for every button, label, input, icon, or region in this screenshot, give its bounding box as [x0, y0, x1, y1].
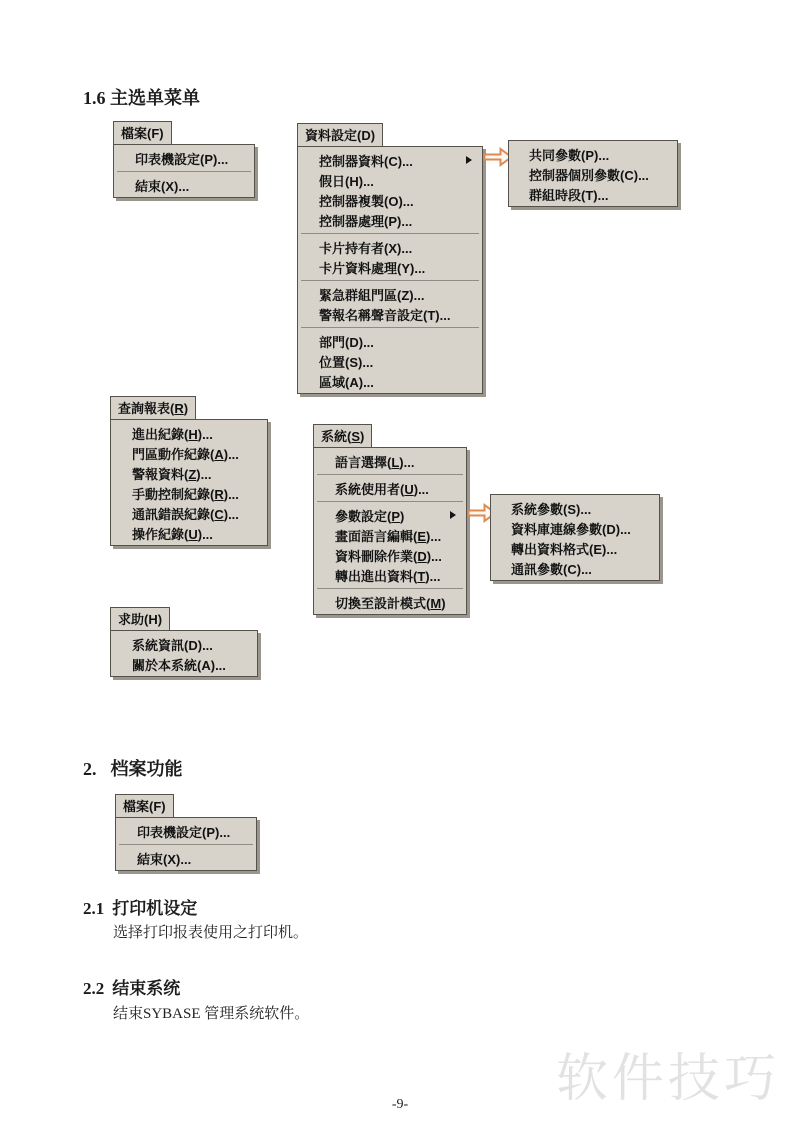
menu-item-label: 部門(D)... — [319, 332, 374, 351]
menu-item-label: 群組時段(T)... — [529, 185, 608, 204]
menu-separator — [317, 474, 463, 475]
menu-separator — [317, 501, 463, 502]
menu-popup: 印表機設定(P)...結束(X)... — [113, 144, 255, 198]
menu-item-label: 手動控制紀錄(R)... — [132, 484, 239, 503]
query-reports-menu: 查詢報表(R)進出紀錄(H)...門區動作紀錄(A)...警報資料(Z)...手… — [110, 396, 268, 546]
menu-item-label: 印表機設定(P)... — [137, 822, 230, 841]
menu-item-label: 區域(A)... — [319, 372, 374, 391]
menu-item[interactable]: 部門(D)... — [298, 331, 482, 351]
menu-item-label: 切換至設計模式(M) — [335, 593, 446, 612]
menu-item[interactable]: 控制器資料(C)... — [298, 150, 482, 170]
menu-item[interactable]: 手動控制紀錄(R)... — [111, 483, 267, 503]
controller-data-submenu: 共同參數(P)...控制器個別參數(C)...群組時段(T)... — [508, 140, 678, 207]
menu-item-label: 查詢報表(R) — [118, 401, 188, 416]
menu-item[interactable]: 警報資料(Z)... — [111, 463, 267, 483]
menu-item[interactable]: 印表機設定(P)... — [114, 148, 254, 168]
section-title: 打印机设定 — [112, 899, 197, 918]
menu-item-label: 位置(S)... — [319, 352, 373, 371]
menu-item[interactable]: 結束(X)... — [114, 175, 254, 195]
menu-item[interactable]: 進出紀錄(H)... — [111, 423, 267, 443]
menu-item-label: 操作紀錄(U)... — [132, 524, 213, 543]
menu-item[interactable]: 系統使用者(U)... — [314, 478, 466, 498]
section-number: 2.2 — [83, 979, 104, 998]
submenu-arrow-icon — [466, 156, 472, 164]
menu-item-label: 關於本系統(A)... — [132, 655, 226, 674]
menu-item-label: 資料刪除作業(D)... — [335, 546, 442, 565]
section-number: 2.1 — [83, 899, 104, 918]
menu-item-label: 檔案(F) — [121, 126, 164, 141]
menu-item[interactable]: 資料刪除作業(D)... — [314, 545, 466, 565]
menu-separator — [301, 233, 479, 234]
section-2-2-body: 结束SYBASE 管理系统软件。 — [113, 1002, 309, 1023]
menu-item[interactable]: 資料庫連線參數(D)... — [491, 518, 659, 538]
menu-popup: 語言選擇(L)...系統使用者(U)...參數設定(P)畫面語言編輯(E)...… — [313, 447, 467, 615]
menu-item[interactable]: 卡片持有者(X)... — [298, 237, 482, 257]
menu-item[interactable]: 轉出資料格式(E)... — [491, 538, 659, 558]
menu-item[interactable]: 參數設定(P) — [314, 505, 466, 525]
menu-item-label: 系統(S) — [321, 429, 364, 444]
menu-item-label: 控制器複製(O)... — [319, 191, 414, 210]
menu-item-label: 假日(H)... — [319, 171, 374, 190]
menu-item-label: 語言選擇(L)... — [335, 452, 414, 471]
file-menu: 檔案(F)印表機設定(P)...結束(X)... — [115, 794, 257, 871]
menu-item-label: 控制器處理(P)... — [319, 211, 412, 230]
menu-item[interactable]: 語言選擇(L)... — [314, 451, 466, 471]
menu-title[interactable]: 系統(S) — [313, 424, 372, 448]
menu-item-label: 卡片資料處理(Y)... — [319, 258, 425, 277]
section-heading-1-6: 1.6 主选单菜单 — [83, 84, 200, 110]
menu-item[interactable]: 切換至設計模式(M) — [314, 592, 466, 612]
menu-item[interactable]: 系統資訊(D)... — [111, 634, 257, 654]
help-menu: 求助(H)系統資訊(D)...關於本系統(A)... — [110, 607, 258, 677]
menu-separator — [317, 588, 463, 589]
section-heading-2-2: 2.2结束系统 — [83, 974, 180, 999]
menu-item[interactable]: 印表機設定(P)... — [116, 821, 256, 841]
menu-item[interactable]: 畫面語言編輯(E)... — [314, 525, 466, 545]
menu-item-label: 緊急群組門區(Z)... — [319, 285, 424, 304]
menu-separator — [301, 280, 479, 281]
section-2-1-body: 选择打印报表使用之打印机。 — [113, 921, 308, 942]
menu-item[interactable]: 系統參數(S)... — [491, 498, 659, 518]
menu-popup: 進出紀錄(H)...門區動作紀錄(A)...警報資料(Z)...手動控制紀錄(R… — [110, 419, 268, 546]
menu-item-label: 門區動作紀錄(A)... — [132, 444, 239, 463]
menu-item-label: 結束(X)... — [137, 849, 191, 868]
menu-title[interactable]: 求助(H) — [110, 607, 170, 631]
parameter-settings-submenu: 系統參數(S)...資料庫連線參數(D)...轉出資料格式(E)...通訊參數(… — [490, 494, 660, 581]
menu-item-label: 資料設定(D) — [305, 128, 375, 143]
menu-item-label: 參數設定(P) — [335, 506, 404, 525]
menu-item[interactable]: 控制器複製(O)... — [298, 190, 482, 210]
menu-item-label: 系統使用者(U)... — [335, 479, 429, 498]
menu-item-label: 轉出進出資料(T)... — [335, 566, 440, 585]
menu-item-label: 通訊錯誤紀錄(C)... — [132, 504, 239, 523]
system-menu: 系統(S)語言選擇(L)...系統使用者(U)...參數設定(P)畫面語言編輯(… — [313, 424, 467, 615]
menu-item-label: 畫面語言編輯(E)... — [335, 526, 441, 545]
menu-item-label: 結束(X)... — [135, 176, 189, 195]
menu-item-label: 檔案(F) — [123, 799, 166, 814]
menu-separator — [119, 844, 253, 845]
menu-popup: 共同參數(P)...控制器個別參數(C)...群組時段(T)... — [508, 140, 678, 207]
menu-item[interactable]: 區域(A)... — [298, 371, 482, 391]
menu-item-label: 通訊參數(C)... — [511, 559, 592, 578]
menu-item[interactable]: 控制器個別參數(C)... — [509, 164, 677, 184]
menu-item-label: 控制器資料(C)... — [319, 151, 413, 170]
menu-item[interactable]: 控制器處理(P)... — [298, 210, 482, 230]
menu-popup: 系統資訊(D)...關於本系統(A)... — [110, 630, 258, 677]
section-heading-2: 2.档案功能 — [83, 755, 183, 781]
menu-item[interactable]: 結束(X)... — [116, 848, 256, 868]
menu-title[interactable]: 查詢報表(R) — [110, 396, 196, 420]
menu-title[interactable]: 檔案(F) — [115, 794, 174, 818]
menu-item[interactable]: 轉出進出資料(T)... — [314, 565, 466, 585]
menu-item-label: 進出紀錄(H)... — [132, 424, 213, 443]
section-title: 档案功能 — [111, 759, 183, 779]
menu-item[interactable]: 共同參數(P)... — [509, 144, 677, 164]
menu-item[interactable]: 操作紀錄(U)... — [111, 523, 267, 543]
menu-item-label: 系統資訊(D)... — [132, 635, 213, 654]
menu-title[interactable]: 資料設定(D) — [297, 123, 383, 147]
menu-item-label: 資料庫連線參數(D)... — [511, 519, 631, 538]
menu-item-label: 控制器個別參數(C)... — [529, 165, 649, 184]
menu-separator — [301, 327, 479, 328]
menu-item-label: 警報名稱聲音設定(T)... — [319, 305, 450, 324]
section-heading-2-1: 2.1打印机设定 — [83, 894, 197, 919]
menu-item[interactable]: 卡片資料處理(Y)... — [298, 257, 482, 277]
menu-item[interactable]: 通訊參數(C)... — [491, 558, 659, 578]
menu-popup: 控制器資料(C)...假日(H)...控制器複製(O)...控制器處理(P)..… — [297, 146, 483, 394]
menu-title[interactable]: 檔案(F) — [113, 121, 172, 145]
menu-item-label: 警報資料(Z)... — [132, 464, 211, 483]
menu-item-label: 轉出資料格式(E)... — [511, 539, 617, 558]
menu-separator — [117, 171, 251, 172]
menu-popup: 印表機設定(P)...結束(X)... — [115, 817, 257, 871]
data-settings-menu: 資料設定(D)控制器資料(C)...假日(H)...控制器複製(O)...控制器… — [297, 123, 483, 394]
menu-item-label: 求助(H) — [118, 612, 162, 627]
menu-item-label: 卡片持有者(X)... — [319, 238, 412, 257]
menu-item-label: 共同參數(P)... — [529, 145, 609, 164]
section-title: 结束系统 — [112, 979, 180, 998]
page-number: -9- — [0, 1097, 800, 1113]
menu-item[interactable]: 門區動作紀錄(A)... — [111, 443, 267, 463]
section-number: 2. — [83, 759, 97, 779]
menu-item[interactable]: 警報名稱聲音設定(T)... — [298, 304, 482, 324]
menu-item[interactable]: 緊急群組門區(Z)... — [298, 284, 482, 304]
menu-item[interactable]: 通訊錯誤紀錄(C)... — [111, 503, 267, 523]
submenu-arrow-icon — [450, 511, 456, 519]
menu-item[interactable]: 位置(S)... — [298, 351, 482, 371]
menu-item[interactable]: 群組時段(T)... — [509, 184, 677, 204]
menu-item-label: 系統參數(S)... — [511, 499, 591, 518]
document-page: 1.6 主选单菜单 檔案(F)印表機設定(P)...結束(X)... 資料設定(… — [0, 0, 800, 1132]
menu-item-label: 印表機設定(P)... — [135, 149, 228, 168]
file-menu: 檔案(F)印表機設定(P)...結束(X)... — [113, 121, 255, 198]
menu-popup: 系統參數(S)...資料庫連線參數(D)...轉出資料格式(E)...通訊參數(… — [490, 494, 660, 581]
menu-item[interactable]: 假日(H)... — [298, 170, 482, 190]
menu-item[interactable]: 關於本系統(A)... — [111, 654, 257, 674]
